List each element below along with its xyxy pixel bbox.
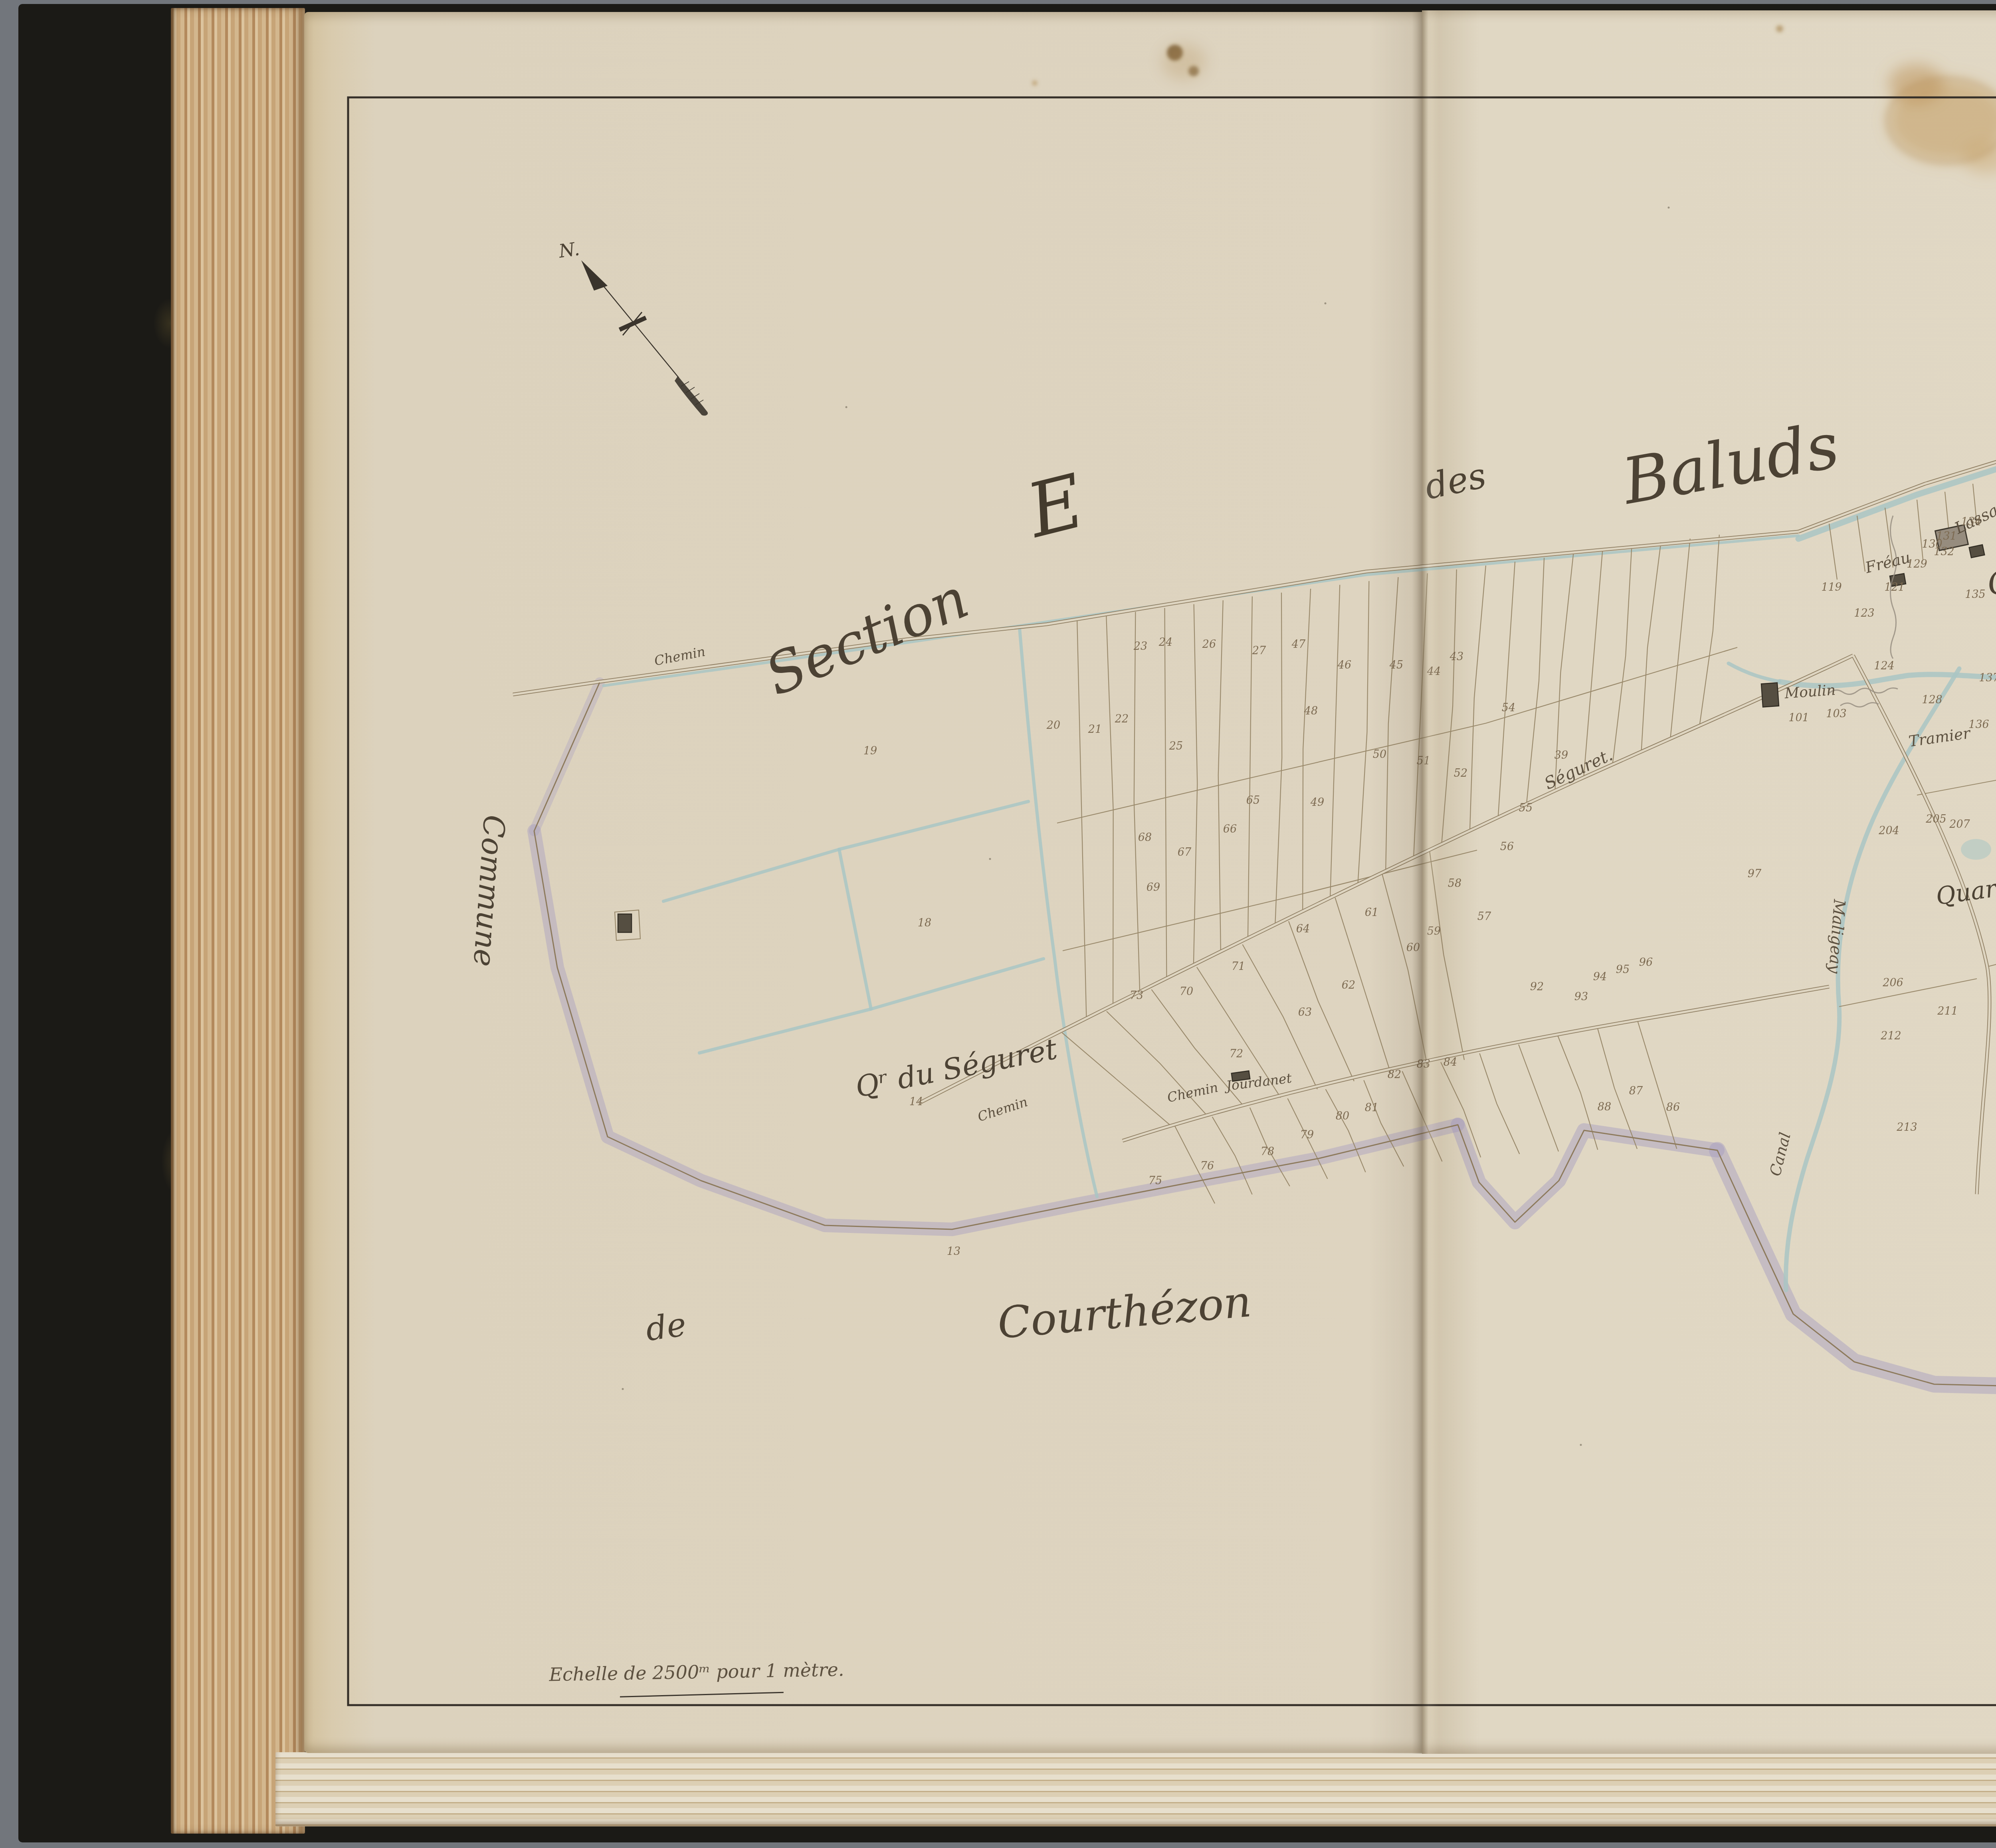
page-stack-bottom: [275, 1752, 1996, 1826]
page-stack-left: [171, 8, 305, 1834]
atlas-page-left: [304, 12, 1422, 1753]
atlas-page-right: [1422, 10, 1996, 1754]
scanned-atlas-photo: { "cartouche": { "section_word": "SECTIO…: [0, 0, 1996, 1848]
